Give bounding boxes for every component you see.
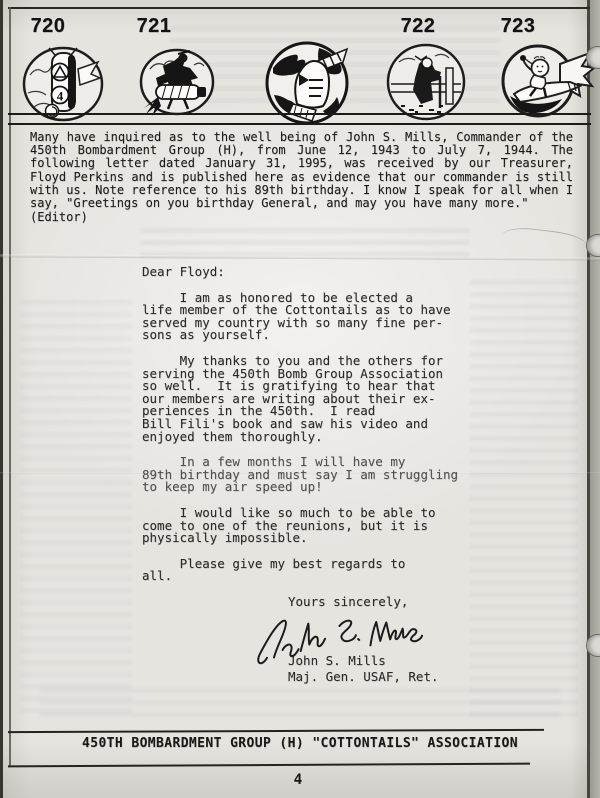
letter-signed-title: Maj. Gen. USAF, Ret. [288, 671, 478, 684]
squadron-723-emblem-icon [500, 42, 595, 120]
squadron-number-720: 720 [16, 15, 80, 38]
bleedthrough-smudge [470, 280, 578, 720]
squadron-722-emblem-icon [385, 42, 467, 122]
signature-john-s-mills-icon [251, 606, 429, 669]
header-divider-rule [8, 113, 591, 125]
squadron-720-emblem-icon: 4 [22, 45, 104, 123]
bleedthrough-smudge [20, 300, 132, 720]
scan-edge-left [0, 0, 3, 798]
squadron-number-721: 721 [122, 15, 186, 38]
letter-closing-block: Yours sincerely, John S. Mills Maj. Gen.… [288, 596, 478, 684]
footer-rule-top [8, 729, 544, 734]
footer-banner: 450TH BOMBARDMENT GROUP (H) "COTTONTAILS… [30, 736, 570, 751]
footer-rule-bottom [8, 763, 530, 768]
letter-closing: Yours sincerely, [288, 596, 478, 609]
letter-paragraph: In a few months I will have my 89th birt… [142, 456, 478, 494]
letter-paragraph: I would like so much to be able to come … [142, 507, 478, 545]
page-number: 4 [0, 772, 596, 788]
letter-body: Dear Floyd: I am as honored to be electe… [142, 266, 478, 684]
squadron-number-722: 722 [386, 15, 450, 38]
letter-paragraph: Please give my best regards to all. [142, 558, 478, 583]
letter-paragraph: My thanks to you and the others for serv… [142, 355, 478, 443]
svg-text:4: 4 [57, 89, 64, 104]
letter-paragraph: I am as honored to be elected a life mem… [142, 292, 478, 342]
editor-note-text: Many have inquired as to the well being … [30, 130, 573, 210]
page-border-top [8, 7, 590, 9]
editor-attribution: (Editor) [30, 211, 573, 224]
letter-salutation: Dear Floyd: [142, 266, 478, 279]
squadron-721-emblem-icon [138, 47, 216, 117]
paper-fold [501, 225, 587, 260]
editor-note: Many have inquired as to the well being … [30, 131, 573, 224]
squadron-number-723: 723 [486, 15, 550, 38]
bleedthrough-smudge [40, 688, 560, 724]
